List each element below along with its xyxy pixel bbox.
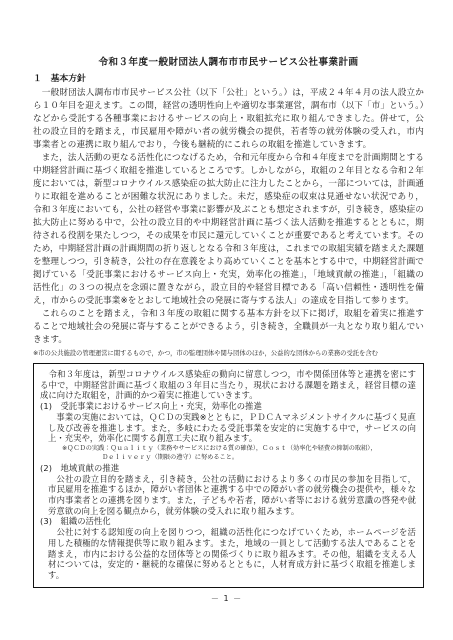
box-item-heading: (1) 受託事業におけるサービス向上・充実，効率化の推進 xyxy=(40,401,416,412)
body-paragraph: これらのことを踏まえ，令和３年度の取組に関する基本方針を以下に掲げ，取組を着実に… xyxy=(33,308,424,347)
qcd-footnote-line: Ｄｅｌｉｖｅｒｙ（期限の遵守）に努めること。 xyxy=(102,453,416,463)
section-heading-basic-policy: １ 基本方針 xyxy=(33,73,424,86)
box-item-body: 公社に対する認知度の向上を図りつつ，組織の活性化につなげていくため，ホームページ… xyxy=(48,527,416,581)
body-paragraph: 一般財団法人調布市市民サービス公社（以下「公社」という。）は，平成２４年４月の法… xyxy=(33,87,424,152)
qcd-footnote-line: ※ＱＣＤの実践：Ｑｕａｌｉｔｙ（業務やサービスにおける質の確保），Ｃｏｓｔ（効率… xyxy=(62,444,416,454)
box-item-organization-vitalization: (3) 組織の活性化 公社に対する認知度の向上を図りつつ，組織の活性化につなげて… xyxy=(40,516,416,580)
box-item-heading: (2) 地域貢献の推進 xyxy=(40,463,416,474)
body-paragraph: また，法人活動の更なる活性化につなげるため，令和元年度から令和４年度までを計画期… xyxy=(33,152,424,308)
document-page: 令和３年度一般財団法人調布市市民サービス公社事業計画 １ 基本方針 一般財団法人… xyxy=(0,0,453,640)
footnote-entrusted-business: ※市の公共施設の管理運営に関するもので，かつ，市の監理団体や関与団体のほか，公益… xyxy=(33,349,424,358)
qcd-footnote: ※ＱＣＤの実践：Ｑｕａｌｉｔｙ（業務やサービスにおける質の確保），Ｃｏｓｔ（効率… xyxy=(40,444,416,463)
policy-summary-box: 令和３年度は，新型コロナウイルス感染症の動向に留意しつつ，市や関係団体等と連携を… xyxy=(33,363,424,588)
box-item-body: 事業の実施においては，ＱＣＤの実践※とともに，ＰＤＣＡマネジメントサイクルに基づ… xyxy=(48,412,416,444)
page-number: － 1 － xyxy=(0,593,453,604)
document-title: 令和３年度一般財団法人調布市市民サービス公社事業計画 xyxy=(33,56,424,69)
box-item-heading: (3) 組織の活性化 xyxy=(40,516,416,527)
box-item-service-improvement: (1) 受託事業におけるサービス向上・充実，効率化の推進 事業の実施においては，… xyxy=(40,401,416,463)
box-item-community-contribution: (2) 地域貢献の推進 公社の設立目的を踏まえ，引き続き，公社の活動におけるより… xyxy=(40,463,416,517)
box-intro-paragraph: 令和３年度は，新型コロナウイルス感染症の動向に留意しつつ，市や関係団体等と連携を… xyxy=(40,369,416,401)
box-item-body: 公社の設立目的を踏まえ，引き続き，公社の活動におけるより多くの市民の参加を目指し… xyxy=(48,474,416,517)
